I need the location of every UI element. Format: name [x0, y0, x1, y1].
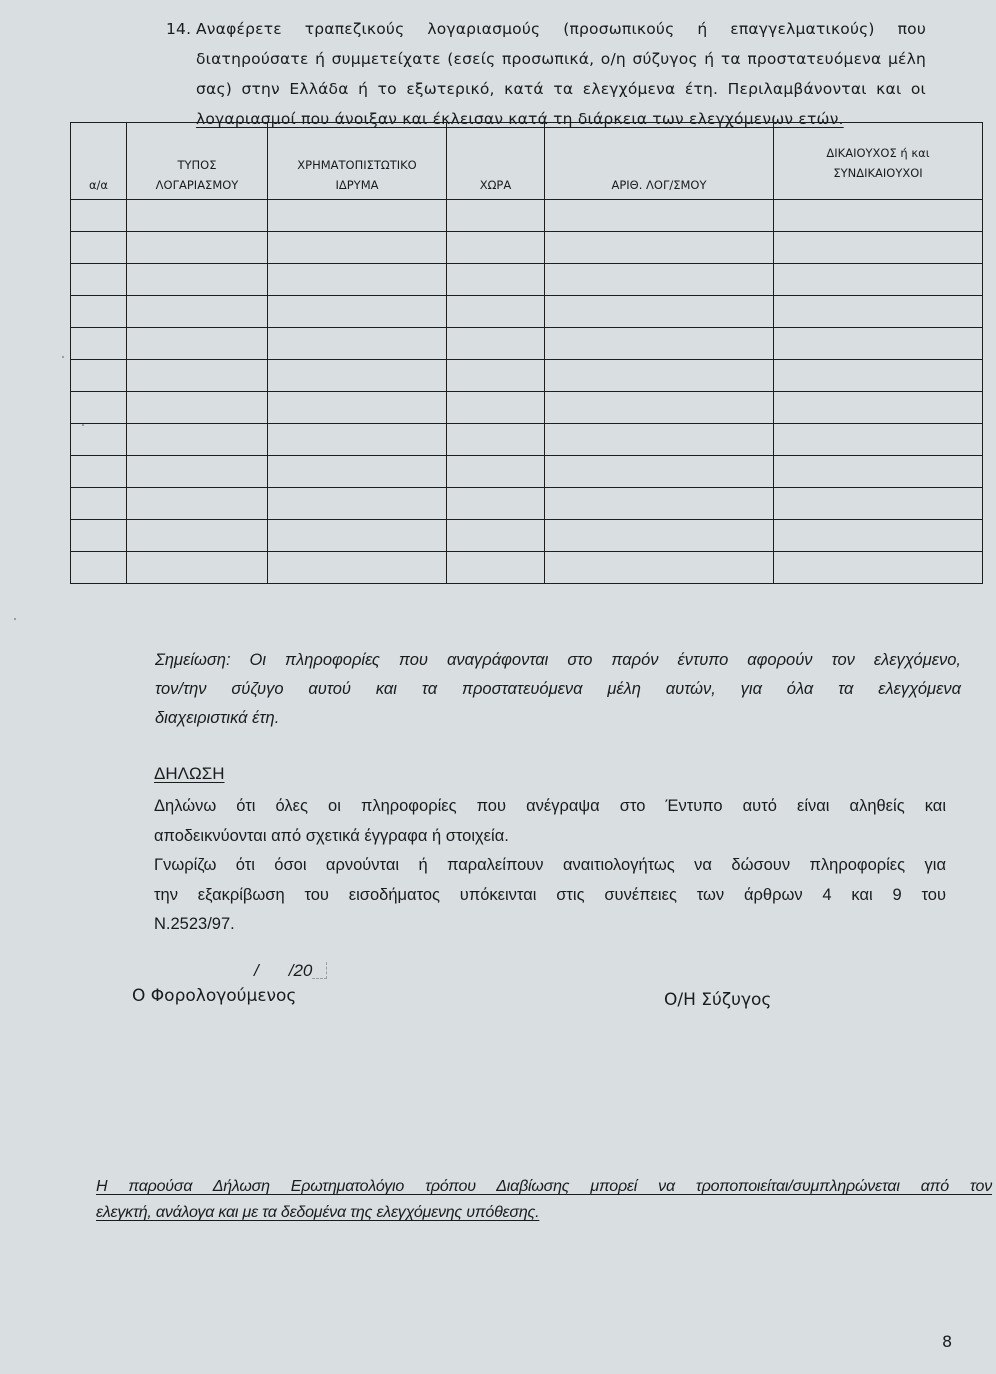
note-line: διαχειριστικά έτη. — [155, 704, 961, 733]
table-cell[interactable] — [774, 232, 983, 264]
column-header: ΔΙΚΑΙΟΥΧΟΣ ή και ΣΥΝΔΙΚΑΙΟΥΧΟΙ — [774, 123, 983, 200]
table-row — [71, 424, 983, 456]
table-cell[interactable] — [127, 552, 268, 584]
table-cell[interactable] — [447, 552, 545, 584]
table-row — [71, 232, 983, 264]
table-cell[interactable] — [127, 296, 268, 328]
table-cell[interactable] — [774, 424, 983, 456]
column-header: ΑΡΙΘ. ΛΟΓ/ΣΜΟΥ — [545, 123, 774, 200]
table-cell[interactable] — [774, 552, 983, 584]
table-cell[interactable] — [268, 424, 447, 456]
table-cell[interactable] — [545, 520, 774, 552]
declaration-line: Δηλώνω ότι όλες οι πληροφορίες που ανέγρ… — [154, 792, 946, 822]
table-cell[interactable] — [774, 488, 983, 520]
bank-accounts-table-container: α/αΤΥΠΟΣ ΛΟΓΑΡΙΑΣΜΟΥΧΡΗΜΑΤΟΠΙΣΤΩΤΙΚΟ ΙΔΡ… — [70, 122, 982, 584]
question-line-2: διατηρούσατε ή συμμετείχατε (εσείς προσω… — [166, 44, 926, 74]
table-cell[interactable] — [545, 392, 774, 424]
table-body — [71, 200, 983, 584]
footer-note: Η παρούσα Δήλωση Ερωτηματολόγιο τρόπου Δ… — [96, 1174, 992, 1226]
table-cell[interactable] — [127, 424, 268, 456]
table-row — [71, 296, 983, 328]
table-cell[interactable] — [71, 552, 127, 584]
table-cell[interactable] — [545, 552, 774, 584]
table-row — [71, 392, 983, 424]
column-header: α/α — [71, 123, 127, 200]
table-cell[interactable] — [774, 392, 983, 424]
table-cell[interactable] — [71, 264, 127, 296]
table-cell[interactable] — [545, 488, 774, 520]
page-number: 8 — [942, 1332, 952, 1351]
spouse-signature-label: Ο/Η Σύζυγος — [664, 990, 771, 1010]
table-cell[interactable] — [447, 360, 545, 392]
table-cell[interactable] — [268, 232, 447, 264]
table-cell[interactable] — [268, 296, 447, 328]
declaration-line: Γνωρίζω ότι όσοι αρνούνται ή παραλείπουν… — [154, 851, 946, 881]
table-cell[interactable] — [545, 264, 774, 296]
table-cell[interactable] — [447, 296, 545, 328]
declaration-line: την εξακρίβωση του εισοδήματος υπόκειντα… — [154, 881, 946, 911]
table-cell[interactable] — [71, 520, 127, 552]
table-cell[interactable] — [127, 328, 268, 360]
table-cell[interactable] — [774, 360, 983, 392]
declaration-text: Δηλώνω ότι όλες οι πληροφορίες που ανέγρ… — [154, 792, 946, 940]
note-line: Σημείωση: Οι πληροφορίες που αναγράφοντα… — [155, 646, 961, 675]
taxpayer-signature-label: Ο Φορολογούμενος — [132, 986, 296, 1006]
scan-speck — [82, 424, 84, 426]
table-cell[interactable] — [545, 328, 774, 360]
table-cell[interactable] — [71, 360, 127, 392]
declaration-title: ΔΗΛΩΣΗ — [154, 764, 224, 784]
date-year-prefix: /20 — [289, 961, 313, 980]
table-cell[interactable] — [71, 232, 127, 264]
table-cell[interactable] — [447, 328, 545, 360]
table-cell[interactable] — [127, 392, 268, 424]
table-cell[interactable] — [127, 520, 268, 552]
table-cell[interactable] — [268, 520, 447, 552]
table-row — [71, 520, 983, 552]
table-cell[interactable] — [447, 424, 545, 456]
table-cell[interactable] — [774, 264, 983, 296]
table-cell[interactable] — [774, 200, 983, 232]
table-cell[interactable] — [71, 456, 127, 488]
table-cell[interactable] — [774, 520, 983, 552]
table-cell[interactable] — [71, 328, 127, 360]
table-cell[interactable] — [268, 392, 447, 424]
table-cell[interactable] — [268, 200, 447, 232]
date-field[interactable]: //20 — [254, 961, 327, 981]
note-paragraph: Σημείωση: Οι πληροφορίες που αναγράφοντα… — [155, 646, 961, 733]
table-row — [71, 328, 983, 360]
table-cell[interactable] — [127, 232, 268, 264]
footer-note-line: Η παρούσα Δήλωση Ερωτηματολόγιο τρόπου Δ… — [96, 1174, 992, 1200]
footer-note-line: ελεγκτή, ανάλογα και με τα δεδομένα της … — [96, 1200, 992, 1226]
bank-accounts-table: α/αΤΥΠΟΣ ΛΟΓΑΡΙΑΣΜΟΥΧΡΗΜΑΤΟΠΙΣΤΩΤΙΚΟ ΙΔΡ… — [70, 122, 983, 584]
table-cell[interactable] — [71, 200, 127, 232]
question-line-3: σας) στην Ελλάδα ή το εξωτερικό, κατά τα… — [166, 74, 926, 104]
table-cell[interactable] — [447, 264, 545, 296]
column-header: ΧΡΗΜΑΤΟΠΙΣΤΩΤΙΚΟ ΙΔΡΥΜΑ — [268, 123, 447, 200]
table-cell[interactable] — [447, 488, 545, 520]
table-cell[interactable] — [447, 200, 545, 232]
date-separator: / — [254, 961, 259, 980]
table-cell[interactable] — [545, 296, 774, 328]
question-number: 14. — [166, 14, 196, 44]
column-header: ΧΩΡΑ — [447, 123, 545, 200]
table-cell[interactable] — [268, 456, 447, 488]
question-14: 14.Αναφέρετε τραπεζικούς λογαριασμούς (π… — [166, 14, 926, 134]
table-row — [71, 488, 983, 520]
column-header: ΤΥΠΟΣ ΛΟΓΑΡΙΑΣΜΟΥ — [127, 123, 268, 200]
scan-speck — [14, 618, 16, 620]
table-cell[interactable] — [71, 424, 127, 456]
table-cell[interactable] — [71, 392, 127, 424]
table-cell[interactable] — [268, 552, 447, 584]
table-row — [71, 456, 983, 488]
table-cell[interactable] — [127, 360, 268, 392]
table-cell[interactable] — [71, 296, 127, 328]
table-cell[interactable] — [447, 392, 545, 424]
table-cell[interactable] — [127, 200, 268, 232]
table-cell[interactable] — [268, 360, 447, 392]
table-cell[interactable] — [447, 232, 545, 264]
table-cell[interactable] — [447, 456, 545, 488]
table-cell[interactable] — [774, 456, 983, 488]
table-header-row: α/αΤΥΠΟΣ ΛΟΓΑΡΙΑΣΜΟΥΧΡΗΜΑΤΟΠΙΣΤΩΤΙΚΟ ΙΔΡ… — [71, 123, 983, 200]
table-row — [71, 360, 983, 392]
scan-speck — [62, 356, 64, 358]
table-cell[interactable] — [268, 328, 447, 360]
declaration-line: Ν.2523/97. — [154, 910, 946, 940]
declaration-line: αποδεικνύονται από σχετικά έγγραφα ή στο… — [154, 822, 946, 852]
table-cell[interactable] — [268, 488, 447, 520]
table-cell[interactable] — [545, 424, 774, 456]
table-cell[interactable] — [447, 520, 545, 552]
table-cell[interactable] — [268, 264, 447, 296]
table-cell[interactable] — [545, 456, 774, 488]
table-row — [71, 264, 983, 296]
date-year-box[interactable] — [312, 962, 327, 979]
table-row — [71, 200, 983, 232]
question-line-1: 14.Αναφέρετε τραπεζικούς λογαριασμούς (π… — [166, 14, 926, 44]
table-cell[interactable] — [127, 456, 268, 488]
table-cell[interactable] — [774, 328, 983, 360]
table-cell[interactable] — [774, 296, 983, 328]
table-cell[interactable] — [71, 488, 127, 520]
table-cell[interactable] — [545, 200, 774, 232]
table-cell[interactable] — [545, 232, 774, 264]
table-cell[interactable] — [127, 264, 268, 296]
table-row — [71, 552, 983, 584]
table-cell[interactable] — [127, 488, 268, 520]
table-cell[interactable] — [545, 360, 774, 392]
note-line: τον/την σύζυγο αυτού και τα προστατευόμε… — [155, 675, 961, 704]
